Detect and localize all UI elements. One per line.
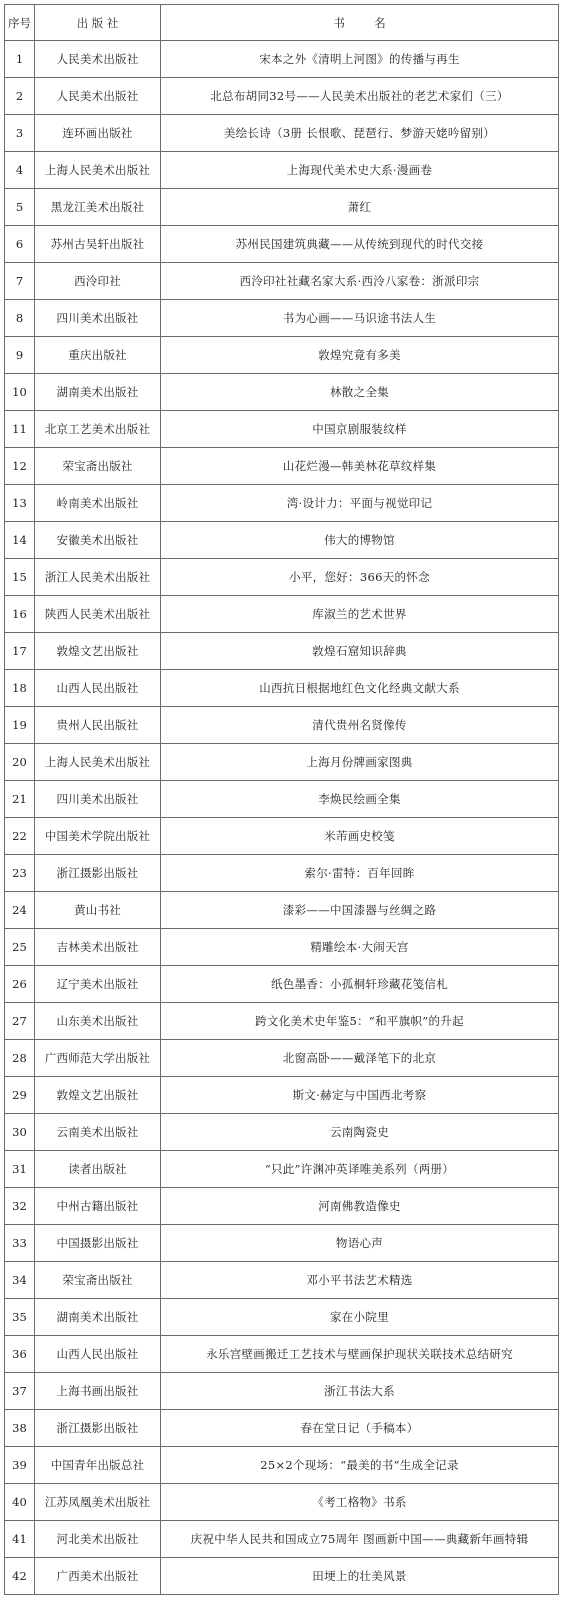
table-row: 4上海人民美术出版社上海现代美术史大系·漫画卷 — [5, 152, 559, 189]
row-number: 19 — [5, 707, 35, 744]
book-title-cell: 浙江书法大系 — [161, 1373, 559, 1410]
book-title-cell: 湾·设计力：平面与视觉印记 — [161, 485, 559, 522]
row-number: 38 — [5, 1410, 35, 1447]
table-row: 18山西人民出版社山西抗日根据地红色文化经典文献大系 — [5, 670, 559, 707]
table-row: 39中国青年出版总社25×2个现场：“最美的书”生成全记录 — [5, 1447, 559, 1484]
row-number: 28 — [5, 1040, 35, 1077]
publisher-cell: 安徽美术出版社 — [35, 522, 161, 559]
row-number: 18 — [5, 670, 35, 707]
book-title-cell: 庆祝中华人民共和国成立75周年 图画新中国——典藏新年画特辑 — [161, 1521, 559, 1558]
book-title-cell: “只此”许渊冲英译唯美系列（两册） — [161, 1151, 559, 1188]
publisher-cell: 读者出版社 — [35, 1151, 161, 1188]
row-number: 11 — [5, 411, 35, 448]
table-row: 35湖南美术出版社家在小院里 — [5, 1299, 559, 1336]
publisher-cell: 浙江摄影出版社 — [35, 855, 161, 892]
table-row: 8四川美术出版社书为心画——马识途书法人生 — [5, 300, 559, 337]
header-publisher: 出 版 社 — [35, 5, 161, 41]
publisher-cell: 中国摄影出版社 — [35, 1225, 161, 1262]
book-title-cell: 敦煌究竟有多美 — [161, 337, 559, 374]
publisher-cell: 四川美术出版社 — [35, 300, 161, 337]
table-row: 10湖南美术出版社林散之全集 — [5, 374, 559, 411]
book-title-cell: 田埂上的壮美风景 — [161, 1558, 559, 1595]
book-list-table: 序号 出 版 社 书 名 1人民美术出版社宋本之外《清明上河图》的传播与再生2人… — [4, 4, 559, 1595]
book-title-cell: 上海月份牌画家图典 — [161, 744, 559, 781]
table-row: 14安徽美术出版社伟大的博物馆 — [5, 522, 559, 559]
row-number: 22 — [5, 818, 35, 855]
table-row: 16陕西人民美术出版社库淑兰的艺术世界 — [5, 596, 559, 633]
publisher-cell: 中国青年出版总社 — [35, 1447, 161, 1484]
book-title-cell: 物语心声 — [161, 1225, 559, 1262]
table-row: 26辽宁美术出版社纸色墨香：小孤桐轩珍藏花笺信札 — [5, 966, 559, 1003]
publisher-cell: 山西人民出版社 — [35, 670, 161, 707]
book-title-cell: 河南佛教造像史 — [161, 1188, 559, 1225]
publisher-cell: 重庆出版社 — [35, 337, 161, 374]
table-row: 31读者出版社“只此”许渊冲英译唯美系列（两册） — [5, 1151, 559, 1188]
row-number: 13 — [5, 485, 35, 522]
row-number: 15 — [5, 559, 35, 596]
publisher-cell: 人民美术出版社 — [35, 78, 161, 115]
row-number: 24 — [5, 892, 35, 929]
table-row: 20上海人民美术出版社上海月份牌画家图典 — [5, 744, 559, 781]
book-title-cell: 漆彩——中国漆器与丝绸之路 — [161, 892, 559, 929]
row-number: 30 — [5, 1114, 35, 1151]
row-number: 27 — [5, 1003, 35, 1040]
table-row: 30云南美术出版社云南陶瓷史 — [5, 1114, 559, 1151]
book-title-cell: 北窗高卧——戴泽笔下的北京 — [161, 1040, 559, 1077]
book-title-cell: 精雕绘本·大闹天宫 — [161, 929, 559, 966]
row-number: 16 — [5, 596, 35, 633]
publisher-cell: 浙江人民美术出版社 — [35, 559, 161, 596]
book-title-cell: 25×2个现场：“最美的书”生成全记录 — [161, 1447, 559, 1484]
book-title-cell: 书为心画——马识途书法人生 — [161, 300, 559, 337]
table-row: 3连环画出版社美绘长诗（3册 长恨歌、琵琶行、梦游天姥吟留别） — [5, 115, 559, 152]
table-row: 32中州古籍出版社河南佛教造像史 — [5, 1188, 559, 1225]
publisher-cell: 上海人民美术出版社 — [35, 744, 161, 781]
table-row: 25吉林美术出版社精雕绘本·大闹天宫 — [5, 929, 559, 966]
book-title-cell: 上海现代美术史大系·漫画卷 — [161, 152, 559, 189]
book-title-cell: 斯文·赫定与中国西北考察 — [161, 1077, 559, 1114]
row-number: 3 — [5, 115, 35, 152]
book-title-cell: 清代贵州名贤像传 — [161, 707, 559, 744]
row-number: 12 — [5, 448, 35, 485]
book-title-cell: 云南陶瓷史 — [161, 1114, 559, 1151]
table-row: 13岭南美术出版社湾·设计力：平面与视觉印记 — [5, 485, 559, 522]
table-row: 15浙江人民美术出版社小平，您好：366天的怀念 — [5, 559, 559, 596]
book-title-cell: 跨文化美术史年鉴5：“和平旗帜”的升起 — [161, 1003, 559, 1040]
publisher-cell: 敦煌文艺出版社 — [35, 1077, 161, 1114]
table-row: 42广西美术出版社田埂上的壮美风景 — [5, 1558, 559, 1595]
row-number: 35 — [5, 1299, 35, 1336]
book-title-cell: 永乐宫壁画搬迁工艺技术与壁画保护现状关联技术总结研究 — [161, 1336, 559, 1373]
publisher-cell: 山西人民出版社 — [35, 1336, 161, 1373]
publisher-cell: 广西美术出版社 — [35, 1558, 161, 1595]
row-number: 31 — [5, 1151, 35, 1188]
publisher-cell: 人民美术出版社 — [35, 41, 161, 78]
table-body: 1人民美术出版社宋本之外《清明上河图》的传播与再生2人民美术出版社北总布胡同32… — [5, 41, 559, 1595]
publisher-cell: 荣宝斋出版社 — [35, 1262, 161, 1299]
table-row: 36山西人民出版社永乐宫壁画搬迁工艺技术与壁画保护现状关联技术总结研究 — [5, 1336, 559, 1373]
publisher-cell: 上海书画出版社 — [35, 1373, 161, 1410]
publisher-cell: 山东美术出版社 — [35, 1003, 161, 1040]
publisher-cell: 黑龙江美术出版社 — [35, 189, 161, 226]
book-title-cell: 北总布胡同32号——人民美术出版社的老艺术家们（三） — [161, 78, 559, 115]
publisher-cell: 北京工艺美术出版社 — [35, 411, 161, 448]
table-row: 38浙江摄影出版社春在堂日记（手稿本） — [5, 1410, 559, 1447]
publisher-cell: 四川美术出版社 — [35, 781, 161, 818]
table-row: 28广西师范大学出版社北窗高卧——戴泽笔下的北京 — [5, 1040, 559, 1077]
publisher-cell: 湖南美术出版社 — [35, 374, 161, 411]
publisher-cell: 吉林美术出版社 — [35, 929, 161, 966]
book-title-cell: 米芾画史校笺 — [161, 818, 559, 855]
row-number: 39 — [5, 1447, 35, 1484]
book-title-cell: 中国京剧服装纹样 — [161, 411, 559, 448]
table-row: 5黑龙江美术出版社萧红 — [5, 189, 559, 226]
book-title-cell: 美绘长诗（3册 长恨歌、琵琶行、梦游天姥吟留别） — [161, 115, 559, 152]
publisher-cell: 浙江摄影出版社 — [35, 1410, 161, 1447]
row-number: 40 — [5, 1484, 35, 1521]
publisher-cell: 上海人民美术出版社 — [35, 152, 161, 189]
publisher-cell: 湖南美术出版社 — [35, 1299, 161, 1336]
header-title-label: 书 名 — [333, 16, 385, 30]
table-row: 22中国美术学院出版社米芾画史校笺 — [5, 818, 559, 855]
row-number: 4 — [5, 152, 35, 189]
table-row: 27山东美术出版社跨文化美术史年鉴5：“和平旗帜”的升起 — [5, 1003, 559, 1040]
table-row: 11北京工艺美术出版社中国京剧服装纹样 — [5, 411, 559, 448]
table-row: 17敦煌文艺出版社敦煌石窟知识辞典 — [5, 633, 559, 670]
table-row: 40江苏凤凰美术出版社《考工格物》书系 — [5, 1484, 559, 1521]
row-number: 17 — [5, 633, 35, 670]
table-row: 9重庆出版社敦煌究竟有多美 — [5, 337, 559, 374]
publisher-cell: 贵州人民出版社 — [35, 707, 161, 744]
book-title-cell: 萧红 — [161, 189, 559, 226]
row-number: 9 — [5, 337, 35, 374]
header-title: 书 名 — [161, 5, 559, 41]
table-row: 29敦煌文艺出版社斯文·赫定与中国西北考察 — [5, 1077, 559, 1114]
book-title-cell: 家在小院里 — [161, 1299, 559, 1336]
row-number: 32 — [5, 1188, 35, 1225]
table-row: 1人民美术出版社宋本之外《清明上河图》的传播与再生 — [5, 41, 559, 78]
book-title-cell: 林散之全集 — [161, 374, 559, 411]
row-number: 20 — [5, 744, 35, 781]
header-publisher-label: 出 版 社 — [77, 16, 119, 30]
row-number: 10 — [5, 374, 35, 411]
book-title-cell: 索尔·雷特：百年回眸 — [161, 855, 559, 892]
book-title-cell: 邓小平书法艺术精选 — [161, 1262, 559, 1299]
book-title-cell: 春在堂日记（手稿本） — [161, 1410, 559, 1447]
row-number: 1 — [5, 41, 35, 78]
header-row: 序号 出 版 社 书 名 — [5, 5, 559, 41]
book-title-cell: 纸色墨香：小孤桐轩珍藏花笺信札 — [161, 966, 559, 1003]
row-number: 8 — [5, 300, 35, 337]
row-number: 23 — [5, 855, 35, 892]
row-number: 2 — [5, 78, 35, 115]
book-title-cell: 小平，您好：366天的怀念 — [161, 559, 559, 596]
publisher-cell: 陕西人民美术出版社 — [35, 596, 161, 633]
publisher-cell: 辽宁美术出版社 — [35, 966, 161, 1003]
book-title-cell: 李焕民绘画全集 — [161, 781, 559, 818]
publisher-cell: 岭南美术出版社 — [35, 485, 161, 522]
table-row: 34荣宝斋出版社邓小平书法艺术精选 — [5, 1262, 559, 1299]
table-row: 2人民美术出版社北总布胡同32号——人民美术出版社的老艺术家们（三） — [5, 78, 559, 115]
book-title-cell: 山花烂漫—韩美林花草纹样集 — [161, 448, 559, 485]
publisher-cell: 广西师范大学出版社 — [35, 1040, 161, 1077]
row-number: 41 — [5, 1521, 35, 1558]
header-no: 序号 — [5, 5, 35, 41]
table-row: 24黄山书社漆彩——中国漆器与丝绸之路 — [5, 892, 559, 929]
book-title-cell: 苏州民国建筑典藏——从传统到现代的时代交接 — [161, 226, 559, 263]
publisher-cell: 苏州古吴轩出版社 — [35, 226, 161, 263]
book-title-cell: 伟大的博物馆 — [161, 522, 559, 559]
row-number: 21 — [5, 781, 35, 818]
row-number: 37 — [5, 1373, 35, 1410]
row-number: 26 — [5, 966, 35, 1003]
table-row: 12荣宝斋出版社山花烂漫—韩美林花草纹样集 — [5, 448, 559, 485]
row-number: 6 — [5, 226, 35, 263]
table-row: 37上海书画出版社浙江书法大系 — [5, 1373, 559, 1410]
table-row: 23浙江摄影出版社索尔·雷特：百年回眸 — [5, 855, 559, 892]
publisher-cell: 中州古籍出版社 — [35, 1188, 161, 1225]
row-number: 14 — [5, 522, 35, 559]
publisher-cell: 河北美术出版社 — [35, 1521, 161, 1558]
publisher-cell: 云南美术出版社 — [35, 1114, 161, 1151]
row-number: 25 — [5, 929, 35, 966]
row-number: 36 — [5, 1336, 35, 1373]
table-row: 6苏州古吴轩出版社苏州民国建筑典藏——从传统到现代的时代交接 — [5, 226, 559, 263]
row-number: 29 — [5, 1077, 35, 1114]
book-title-cell: 《考工格物》书系 — [161, 1484, 559, 1521]
publisher-cell: 黄山书社 — [35, 892, 161, 929]
table-row: 7西泠印社西泠印社社藏名家大系·西泠八家卷：浙派印宗 — [5, 263, 559, 300]
row-number: 7 — [5, 263, 35, 300]
publisher-cell: 西泠印社 — [35, 263, 161, 300]
table-row: 33中国摄影出版社物语心声 — [5, 1225, 559, 1262]
row-number: 33 — [5, 1225, 35, 1262]
row-number: 5 — [5, 189, 35, 226]
publisher-cell: 荣宝斋出版社 — [35, 448, 161, 485]
book-title-cell: 山西抗日根据地红色文化经典文献大系 — [161, 670, 559, 707]
publisher-cell: 江苏凤凰美术出版社 — [35, 1484, 161, 1521]
publisher-cell: 敦煌文艺出版社 — [35, 633, 161, 670]
publisher-cell: 连环画出版社 — [35, 115, 161, 152]
table-row: 21四川美术出版社李焕民绘画全集 — [5, 781, 559, 818]
table-row: 19贵州人民出版社清代贵州名贤像传 — [5, 707, 559, 744]
row-number: 34 — [5, 1262, 35, 1299]
book-title-cell: 宋本之外《清明上河图》的传播与再生 — [161, 41, 559, 78]
table-row: 41河北美术出版社庆祝中华人民共和国成立75周年 图画新中国——典藏新年画特辑 — [5, 1521, 559, 1558]
publisher-cell: 中国美术学院出版社 — [35, 818, 161, 855]
row-number: 42 — [5, 1558, 35, 1595]
book-title-cell: 库淑兰的艺术世界 — [161, 596, 559, 633]
book-title-cell: 敦煌石窟知识辞典 — [161, 633, 559, 670]
book-title-cell: 西泠印社社藏名家大系·西泠八家卷：浙派印宗 — [161, 263, 559, 300]
